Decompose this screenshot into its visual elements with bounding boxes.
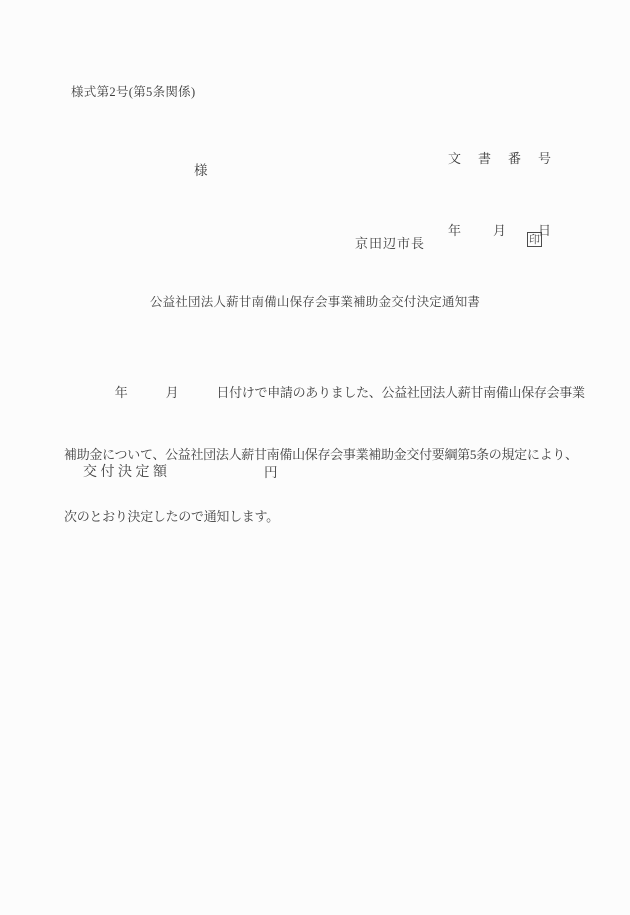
document-title: 公益社団法人薪甘南備山保存会事業補助金交付決定通知書 [0, 292, 630, 310]
yen-unit-label: 円 [264, 461, 278, 481]
doc-number-label: 文 書 番 号 [448, 147, 553, 171]
sender-name: 京田辺市長 [355, 233, 425, 252]
document-page: 様式第2号(第5条関係) 文 書 番 号 年 月 日 様 京田辺市長 印 公益社… [0, 0, 630, 915]
seal-placeholder: 印 [527, 232, 542, 247]
body-line: 次のとおり決定したので通知します。 [64, 507, 588, 528]
addressee-suffix-label: 様 [194, 159, 208, 179]
body-paragraph: 年 月 日付けで申請のありました、公益社団法人薪甘南備山保存会事業 補助金につい… [64, 342, 588, 569]
body-line: 年 月 日付けで申請のありました、公益社団法人薪甘南備山保存会事業 [64, 383, 588, 404]
header-right-block: 文 書 番 号 年 月 日 [448, 99, 553, 291]
grant-amount-label: 交付決定額 [83, 461, 171, 481]
form-number-label: 様式第2号(第5条関係) [71, 82, 195, 100]
